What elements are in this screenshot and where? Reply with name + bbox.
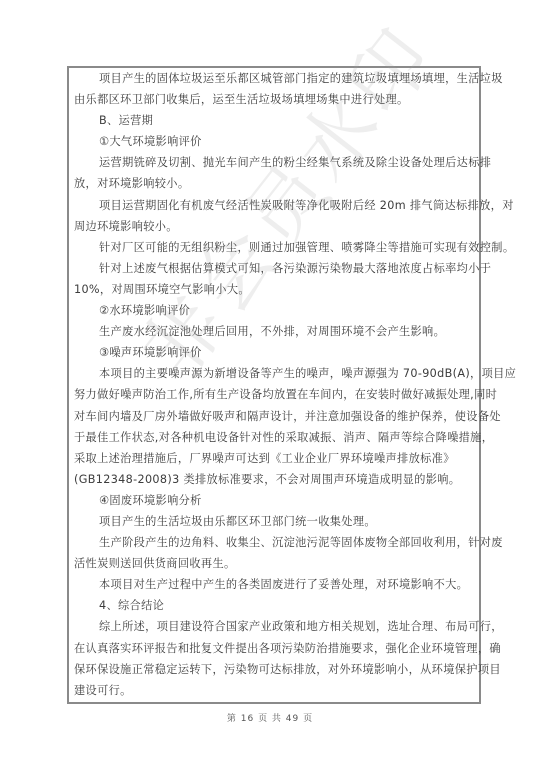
body-text: 项目产生的固体垃圾运至乐都区城管部门指定的建筑垃圾填埋场填埋，生活垃圾 由乐都区… [74,68,476,701]
paragraph-line: 保环保设施正常稳定运转下，污染物可达标排放，对外环境影响小，从环境保护项目 [74,659,476,680]
page-number: 第 16 页 共 49 页 [0,711,540,724]
subheading-solid-waste: ④固废环境影响分析 [74,490,476,511]
paragraph-line: 于最佳工作状态,对各种机电设备针对性的采取减振、消声、隔声等综合降噪措施， [74,427,476,448]
subheading-water-impact: ②水环境影响评价 [74,300,476,321]
paragraph-line: 本项目对生产过程中产生的各类固废进行了妥善处理，对环境影响不大。 [74,574,476,595]
paragraph-line: 对车间内墙及厂房外墙做好吸声和隔声设计，并注意加强设备的维护保养，使设备处 [74,406,476,427]
paragraph-line: (GB12348-2008)3 类排放标准要求，不会对周围声环境造成明显的影响。 [74,469,476,490]
paragraph-line: 努力做好噪声防治工作,所有生产设备均放置在车间内，在安装时做好减振处理,同时 [74,384,476,405]
paragraph-line: 生产废水经沉淀池处理后回用，不外排，对周围环境不会产生影响。 [74,321,476,342]
subheading-noise-impact: ③噪声环境影响评价 [74,342,476,363]
paragraph-line: 项目产生的生活垃圾由乐都区环卫部门统一收集处理。 [74,511,476,532]
section-heading-operation-period: B、运营期 [74,110,476,131]
paragraph-line: 由乐都区环卫部门收集后，运至生活垃圾场填埋场集中进行处理。 [74,89,476,110]
document-page: 项目产生的固体垃圾运至乐都区城管部门指定的建筑垃圾填埋场填埋，生活垃圾 由乐都区… [0,0,540,763]
paragraph-line: 本项目的主要噪声源为新增设备等产生的噪声，噪声源强为 70-90dB(A)，项目… [74,363,476,384]
paragraph-line: 采取上述治理措施后，厂界噪声可达到《工业企业厂界环境噪声排放标准》 [74,448,476,469]
paragraph-line: 在认真落实环评报告和批复文件提出各项污染防治措施要求，强化企业环境管理，确 [74,638,476,659]
paragraph-line: 周边环境影响较小。 [74,216,476,237]
section-heading-conclusion: 4、综合结论 [74,595,476,616]
content-frame: 项目产生的固体垃圾运至乐都区城管部门指定的建筑垃圾填埋场填埋，生活垃圾 由乐都区… [67,66,481,704]
paragraph-line: 项目产生的固体垃圾运至乐都区城管部门指定的建筑垃圾填埋场填埋，生活垃圾 [74,68,476,89]
paragraph-line: 活性炭则送回供货商回收再生。 [74,553,476,574]
paragraph-line: 生产阶段产生的边角料、收集尘、沉淀池污泥等固体废物全部回收利用，针对废 [74,532,476,553]
paragraph-line: 放，对环境影响较小。 [74,173,476,194]
paragraph-line: 针对厂区可能的无组织粉尘，则通过加强管理、喷雾降尘等措施可实现有效控制。 [74,237,476,258]
paragraph-line: 综上所述，项目建设符合国家产业政策和地方相关规划，选址合理、布局可行， [74,616,476,637]
subheading-air-impact: ①大气环境影响评价 [74,131,476,152]
paragraph-line: 针对上述废气根据估算模式可知，各污染源污染物最大落地浓度占标率均小于 [74,258,476,279]
paragraph-line: 项目运营期固化有机废气经活性炭吸附等净化吸附后经 20m 排气筒达标排放，对 [74,195,476,216]
paragraph-line: 运营期铣碎及切割、抛光车间产生的粉尘经集气系统及除尘设备处理后达标排 [74,152,476,173]
paragraph-line: 建设可行。 [74,680,476,701]
paragraph-line: 10%，对周围环境空气影响小大。 [74,279,476,300]
